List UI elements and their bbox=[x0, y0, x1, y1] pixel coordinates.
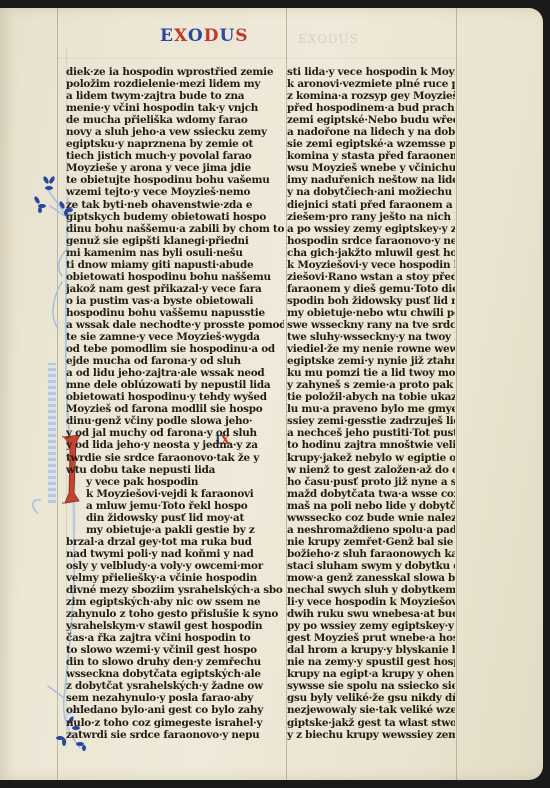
text-line: od tebe pomodlim sie hospodinu·a od bbox=[66, 343, 284, 355]
text-line: y zahyneš s zemie·a proto pak sem bbox=[287, 379, 455, 391]
text-line: nie na zemy·y spustil gest hospodin bbox=[287, 656, 455, 668]
text-line: ziešovi·Rano wstan a stoy před bbox=[287, 271, 455, 283]
text-line: nezjewowaly sie·tak veliké wzemi e bbox=[287, 704, 455, 716]
text-line: w nienž to gest založen·až do dnešnie bbox=[287, 464, 455, 476]
text-line: hospodinu bohu vaššemu napusstie bbox=[66, 307, 284, 319]
text-line: y od jal muchy od farona·y od sluh bbox=[66, 427, 284, 439]
text-line: a od lidu jeho·zajtra·ale wssak neod bbox=[66, 367, 284, 379]
text-line: li·y vece hospodin k Moyziešovi wz bbox=[287, 596, 455, 608]
running-head-letter: S bbox=[235, 26, 248, 46]
text-line: mow·a genž zanesskal slowa bozie bbox=[287, 572, 455, 584]
text-line: Moyzieš od farona modlil sie hospo bbox=[66, 403, 284, 415]
text-line: staci sluham swym y dobytku do domo bbox=[287, 560, 455, 572]
text-line: ysrahelskym·v stawil gest hospodin bbox=[66, 620, 284, 632]
text-line: položim rozdielenie·mezi lidem my bbox=[66, 78, 284, 90]
text-line: z komina·a rozsyp gey Moyzieš wnebe bbox=[287, 90, 455, 102]
text-line: ziešem·pro rany ješto na nich biechu bbox=[287, 211, 455, 223]
text-line: din židowsky pusť lid moy·at bbox=[66, 512, 284, 524]
text-line: zim egiptských·aby nic ow ssem ne bbox=[66, 596, 284, 608]
text-line: wsu Moyzieš wnebe y včinichu sie bbox=[287, 162, 455, 174]
text-line: a wssak dale nechodte·y prosste pomod bbox=[66, 319, 284, 331]
text-line: komina y stasta před faraonem y bbox=[287, 150, 455, 162]
text-line: k Moyziešovi·vejdi k faraonovi bbox=[66, 488, 284, 500]
text-line: Moyzieše y arona y vece jima jdie bbox=[66, 162, 284, 174]
running-head-letter: E bbox=[160, 26, 174, 46]
text-line: y vece pak hospodin bbox=[66, 476, 284, 488]
text-line: osly y velbludy·a voly·y owcemi·mor bbox=[66, 560, 284, 572]
show-through-running-head: EXODUS bbox=[298, 32, 359, 46]
text-line: ze tak byti·neb ohavenstwie·zda e bbox=[66, 199, 284, 211]
text-line: sie zemi egiptské·a wzemsse popela z bbox=[287, 138, 455, 150]
text-line: twe sluhy·wsseckny·y na twoy lid·aby bbox=[287, 331, 455, 343]
text-line: y na dobytčiech·ani možiechu čaro bbox=[287, 186, 455, 198]
text-line: a nechceš jeho pustiti·Tot pusti wtuž bbox=[287, 427, 455, 439]
text-line: te sie zamne·y vece Moyzieš·wygda bbox=[66, 331, 284, 343]
text-line: sywsse sie spolu na ssiecko sie·a tak bbox=[287, 680, 455, 692]
text-line: zahynulo z toho gesto přislušie k syno bbox=[66, 608, 284, 620]
text-line: twrdie sie srdce faraonovo·tak že y bbox=[66, 452, 284, 464]
text-line: ejde mucha od farona·y od sluh bbox=[66, 355, 284, 367]
text-line: hospodin srdce faraonovo·y nepusti bbox=[287, 235, 455, 247]
text-line: divné mezy sboziim ysrahelských·a sbo bbox=[66, 584, 284, 596]
text-line: k aronovi·vezmiete plné ruce popela bbox=[287, 78, 455, 90]
text-line: menie·y včini hospodin tak·y vnjch bbox=[66, 102, 284, 114]
text-line: swe wsseckny rany na tve srdce·y na bbox=[287, 319, 455, 331]
text-line: a neshromaždieno spolu·a padnu na bbox=[287, 524, 455, 536]
text-line: cha gich·jakžto mluwil gest hospodin bbox=[287, 247, 455, 259]
initial-blue-filigree bbox=[48, 363, 56, 503]
text-line: to slowo wzemi·y včinil gest hospo bbox=[66, 644, 284, 656]
text-line: o ia pustim vas·a byste obietowali bbox=[66, 295, 284, 307]
text-line: ssiey zemi·gesstie zadrzuješ lid moy bbox=[287, 415, 455, 427]
text-line: wzemi tejto·y vece Moyzieš·nemo bbox=[66, 186, 284, 198]
text-line: tiech jistich much·y povolal farao bbox=[66, 150, 284, 162]
text-line: ohledano bylo·ani gest co bylo zahy bbox=[66, 704, 284, 716]
text-line: maš na poli nebo lide y dobytčata bbox=[287, 500, 455, 512]
text-line: nie krupy zemřet·Genž bal sie slowa bbox=[287, 536, 455, 548]
text-line: diek·ze ia hospodin wprostřied zemie bbox=[66, 66, 284, 78]
text-line: před hospodinem·a bud prach powstie bbox=[287, 102, 455, 114]
text-line: nulo·z toho coz gimegeste israhel·y bbox=[66, 717, 284, 729]
text-line: tie položil·abych na tobie ukazal sy bbox=[287, 391, 455, 403]
text-line: krupy na egipt·a krupy y ohen sime bbox=[287, 668, 455, 680]
text-line: ku mu pomzi tie a lid twoy morem bbox=[287, 367, 455, 379]
text-line: y z biechu krupy wewssiey zemy egipt bbox=[287, 729, 455, 741]
text-line: my obietuje·a pakli gestie by z bbox=[66, 524, 284, 536]
text-line: mi kamenim nas byli osuli·nešu bbox=[66, 247, 284, 259]
text-line: obietowati hospodinu·y tehdy wyšed bbox=[66, 391, 284, 403]
text-line: to hodinu zajtra mnoštwie veliké· bbox=[287, 439, 455, 451]
text-line: obietowati hospodinu bohu naššemu bbox=[66, 271, 284, 283]
text-line: wwssecko coz bude wnie nalezeno bbox=[287, 512, 455, 524]
text-line: egiptske zemi·y nynie již ztahna ru bbox=[287, 355, 455, 367]
text-line: a po wssiey zemy egiptskey·y zatwrdi bbox=[287, 223, 455, 235]
text-line: de mucha přieliška wdomy farao bbox=[66, 114, 284, 126]
text-line: nechal swych sluh y dobytkem na po bbox=[287, 584, 455, 596]
text-line: sem nezahynulo·y posla farao·aby bbox=[66, 692, 284, 704]
text-line: a lidem twym·zajtra bude to zna bbox=[66, 90, 284, 102]
running-head-letter: O bbox=[188, 26, 204, 46]
text-line: gsu byly veliké·že gsu nikdy dřieve bbox=[287, 692, 455, 704]
text-line: brzal·a drzal gey·tot ma ruka bud bbox=[66, 536, 284, 548]
text-line: imy naduřenich neštow na lidech· bbox=[287, 174, 455, 186]
text-line: z dobytčat ysrahelských·y žadne ow bbox=[66, 680, 284, 692]
running-head-letter: X bbox=[174, 26, 188, 46]
left-text-column: diek·ze ia hospodin wprostřied zemie pol… bbox=[66, 66, 284, 741]
text-line: my obietuje·nebo wtu chwili pošli bbox=[287, 307, 455, 319]
text-line: božieho·z sluh faraonowych kazal w bbox=[287, 548, 455, 560]
running-head-letter: D bbox=[204, 26, 220, 46]
running-head-letter: U bbox=[219, 26, 235, 46]
running-head: EXODUS bbox=[160, 26, 249, 46]
text-line: giptskych budemy obietowati hospo bbox=[66, 211, 284, 223]
text-line: novy a sluh jeho·a vew ssiecku zemy bbox=[66, 126, 284, 138]
text-line: mne dele oblúzowati by nepustil lida bbox=[66, 379, 284, 391]
text-line: mažd dobytčata twa·a wsse coz g bbox=[287, 488, 455, 500]
text-line: py po wssiey zemy egiptskey·y ztahl bbox=[287, 620, 455, 632]
text-line: ho času·pusť proto již nyne a sbo bbox=[287, 476, 455, 488]
text-line: ti dnow miamy giti napusti·abude bbox=[66, 259, 284, 271]
text-line: a mluw jemu·Toto řekl hospo bbox=[66, 500, 284, 512]
text-line: din to slowo druhy den·y zemřechu bbox=[66, 656, 284, 668]
text-line: dinu bohu naššemu·a zabili by chom to bbox=[66, 223, 284, 235]
text-line: wtu dobu take nepusti lida bbox=[66, 464, 284, 476]
text-line: velmy přieliešky·a včinie hospodin bbox=[66, 572, 284, 584]
top-rule bbox=[57, 58, 457, 59]
text-line: diejnici stati před faraonem a Moy bbox=[287, 199, 455, 211]
text-line: zemi egiptské·Nebo budu wředowé bbox=[287, 114, 455, 126]
text-line: egiptsku·y naprznena by zemie ot bbox=[66, 138, 284, 150]
text-line: sti lida·y vece hospodin k Moyziešovi·a bbox=[287, 66, 455, 78]
text-line: viediel·že my nenie rowne wewssie bbox=[287, 343, 455, 355]
text-line: k Moyziešovi·y vece hospodin k Moy bbox=[287, 259, 455, 271]
right-text-column: sti lida·y vece hospodin k Moyziešovi·a … bbox=[287, 66, 455, 741]
text-line: faraonem y dieš gemu·Toto die ho bbox=[287, 283, 455, 295]
text-line: dal hrom a krupy·y blyskanie biez bbox=[287, 644, 455, 656]
text-line: čas·a řka zajtra včini hospodin to bbox=[66, 632, 284, 644]
text-line: wsseckna dobytčata egiptských·ale bbox=[66, 668, 284, 680]
text-line: lu mu·a praveno bylo me gmye ve w bbox=[287, 403, 455, 415]
text-line: y od lida jeho·y neosta y jedna·y za bbox=[66, 439, 284, 451]
text-line: te obietujte hospodinu bohu vašemu bbox=[66, 174, 284, 186]
text-line: gest Moyzieš prut wnebe·a hospodin bbox=[287, 632, 455, 644]
text-line: zatwrdi sie srdce faraonovo·y nepu bbox=[66, 729, 284, 741]
text-line: nad twymi poli·y nad koňmi y nad bbox=[66, 548, 284, 560]
text-line: a nadořone na lidech y na dobytčie ve w bbox=[287, 126, 455, 138]
text-line: dinu·genž včiny podle slowa jeho· bbox=[66, 415, 284, 427]
text-line: spodin boh židowsky pusť lid moy·at bbox=[287, 295, 455, 307]
text-line: jakož nam gest přikazal·y vece fara bbox=[66, 283, 284, 295]
margin-rule-right bbox=[456, 8, 457, 780]
text-line: krupy·jakež nebylo w egiptie ode dne bbox=[287, 452, 455, 464]
text-line: genuž sie egipšti klanegi·přiedni bbox=[66, 235, 284, 247]
text-line: dwih ruku swu wnebesa·at budu kru bbox=[287, 608, 455, 620]
text-line: giptske·jakž gest ta wlast stwořena bbox=[287, 717, 455, 729]
